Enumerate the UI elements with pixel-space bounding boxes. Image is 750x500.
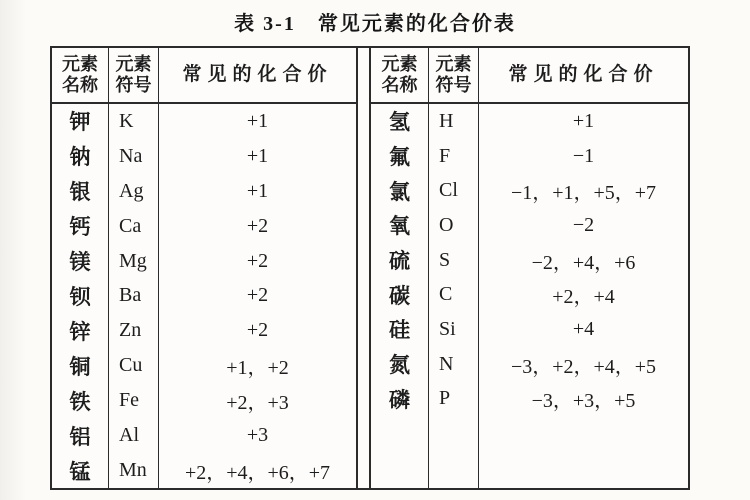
element-valence-cell: +1 (159, 104, 356, 139)
left-header-element-symbol: 元素 符号 (109, 48, 159, 102)
element-name-cell: 碳 (371, 277, 428, 312)
element-name-cell: 钾 (52, 104, 108, 139)
element-name-cell: 硫 (371, 243, 428, 278)
element-symbol-cell: Zn (109, 313, 158, 348)
element-valence-cell: +2 (159, 313, 356, 348)
left-header-row: 元素 名称 元素 符号 常见的化合价 (52, 48, 356, 104)
element-valence-cell: +2 (159, 279, 356, 314)
right-header-element-name: 元素 名称 (371, 48, 429, 102)
element-valence-cell: +2，+4，+6，+7 (159, 453, 356, 488)
header-text: 元素 (436, 54, 472, 75)
element-symbol-cell: K (109, 104, 158, 139)
table-middle-gap (358, 48, 369, 488)
right-header-common-valence: 常见的化合价 (479, 48, 688, 102)
element-symbol-cell: Si (429, 312, 478, 347)
valence-table: 元素 名称 元素 符号 常见的化合价 钾钠银钙镁钡锌铜铁铝锰 KNaAgCaMg… (50, 46, 690, 490)
element-symbol-cell: Cu (109, 348, 158, 383)
left-valence-column: +1+1+1+2+2+2+2+1，+2+2，+3+3+2，+4，+6，+7 (159, 104, 356, 488)
element-symbol-cell: N (429, 347, 478, 382)
element-name-cell: 磷 (371, 382, 428, 417)
valence-table-right-half: 元素 名称 元素 符号 常见的化合价 氢氟氯氧硫碳硅氮磷 HFClOSCSiNP… (369, 48, 688, 488)
element-valence-cell: −3，+2，+4，+5 (479, 347, 688, 382)
element-name-cell: 钡 (52, 279, 108, 314)
element-symbol-cell: F (429, 139, 478, 174)
element-symbol-cell: P (429, 382, 478, 417)
header-text: 符号 (436, 75, 472, 96)
header-text: 元素 (116, 54, 152, 75)
element-symbol-cell: Ba (109, 279, 158, 314)
element-symbol-cell: Mg (109, 244, 158, 279)
element-valence-cell: +2 (159, 209, 356, 244)
element-name-cell: 铝 (52, 418, 108, 453)
element-valence-cell: −1，+1，+5，+7 (479, 173, 688, 208)
element-name-cell: 氯 (371, 173, 428, 208)
element-name-cell: 钙 (52, 209, 108, 244)
element-symbol-cell: Ag (109, 174, 158, 209)
left-element-symbol-column: KNaAgCaMgBaZnCuFeAlMn (109, 104, 159, 488)
element-valence-cell: +2，+3 (159, 383, 356, 418)
element-name-cell: 氧 (371, 208, 428, 243)
element-name-cell: 银 (52, 174, 108, 209)
left-table-body: 钾钠银钙镁钡锌铜铁铝锰 KNaAgCaMgBaZnCuFeAlMn +1+1+1… (52, 104, 356, 488)
header-text: 符号 (116, 75, 152, 96)
element-valence-cell: −3，+3，+5 (479, 382, 688, 417)
scan-edge-shadow (0, 0, 26, 500)
element-name-cell: 锰 (52, 453, 108, 488)
element-symbol-cell: C (429, 277, 478, 312)
element-name-cell: 氮 (371, 347, 428, 382)
element-name-cell: 氟 (371, 139, 428, 174)
header-text: 名称 (62, 75, 98, 96)
valence-table-left-half: 元素 名称 元素 符号 常见的化合价 钾钠银钙镁钡锌铜铁铝锰 KNaAgCaMg… (52, 48, 358, 488)
element-valence-cell: +1 (159, 174, 356, 209)
element-name-cell: 氢 (371, 104, 428, 139)
element-symbol-cell: H (429, 104, 478, 139)
element-symbol-cell: Cl (429, 173, 478, 208)
left-element-name-column: 钾钠银钙镁钡锌铜铁铝锰 (52, 104, 109, 488)
element-symbol-cell: Mn (109, 453, 158, 488)
left-header-common-valence: 常见的化合价 (159, 48, 356, 102)
element-symbol-cell: S (429, 243, 478, 278)
header-text: 元素 (62, 54, 98, 75)
element-valence-cell: +4 (479, 312, 688, 347)
right-element-symbol-column: HFClOSCSiNP (429, 104, 479, 488)
element-name-cell: 钠 (52, 139, 108, 174)
element-name-cell: 硅 (371, 312, 428, 347)
page-title: 表 3-1 常见元素的化合价表 (0, 7, 750, 36)
element-valence-cell: +2，+4 (479, 277, 688, 312)
right-header-element-symbol: 元素 符号 (429, 48, 479, 102)
element-valence-cell: +3 (159, 418, 356, 453)
element-valence-cell: −1 (479, 139, 688, 174)
element-valence-cell: +1 (159, 139, 356, 174)
element-symbol-cell: Fe (109, 383, 158, 418)
element-valence-cell: +1，+2 (159, 348, 356, 383)
element-valence-cell: +1 (479, 104, 688, 139)
right-header-row: 元素 名称 元素 符号 常见的化合价 (371, 48, 688, 104)
element-symbol-cell: Na (109, 139, 158, 174)
element-name-cell: 铁 (52, 383, 108, 418)
right-table-body: 氢氟氯氧硫碳硅氮磷 HFClOSCSiNP +1−1−1，+1，+5，+7−2−… (371, 104, 688, 488)
element-symbol-cell: Ca (109, 209, 158, 244)
element-name-cell: 镁 (52, 244, 108, 279)
element-name-cell: 铜 (52, 348, 108, 383)
right-valence-column: +1−1−1，+1，+5，+7−2−2，+4，+6+2，+4+4−3，+2，+4… (479, 104, 688, 488)
element-name-cell: 锌 (52, 313, 108, 348)
element-valence-cell: +2 (159, 244, 356, 279)
header-text: 元素 (382, 54, 418, 75)
element-symbol-cell: O (429, 208, 478, 243)
right-element-name-column: 氢氟氯氧硫碳硅氮磷 (371, 104, 429, 488)
header-text: 名称 (382, 75, 418, 96)
left-header-element-name: 元素 名称 (52, 48, 109, 102)
element-valence-cell: −2，+4，+6 (479, 243, 688, 278)
element-valence-cell: −2 (479, 208, 688, 243)
element-symbol-cell: Al (109, 418, 158, 453)
